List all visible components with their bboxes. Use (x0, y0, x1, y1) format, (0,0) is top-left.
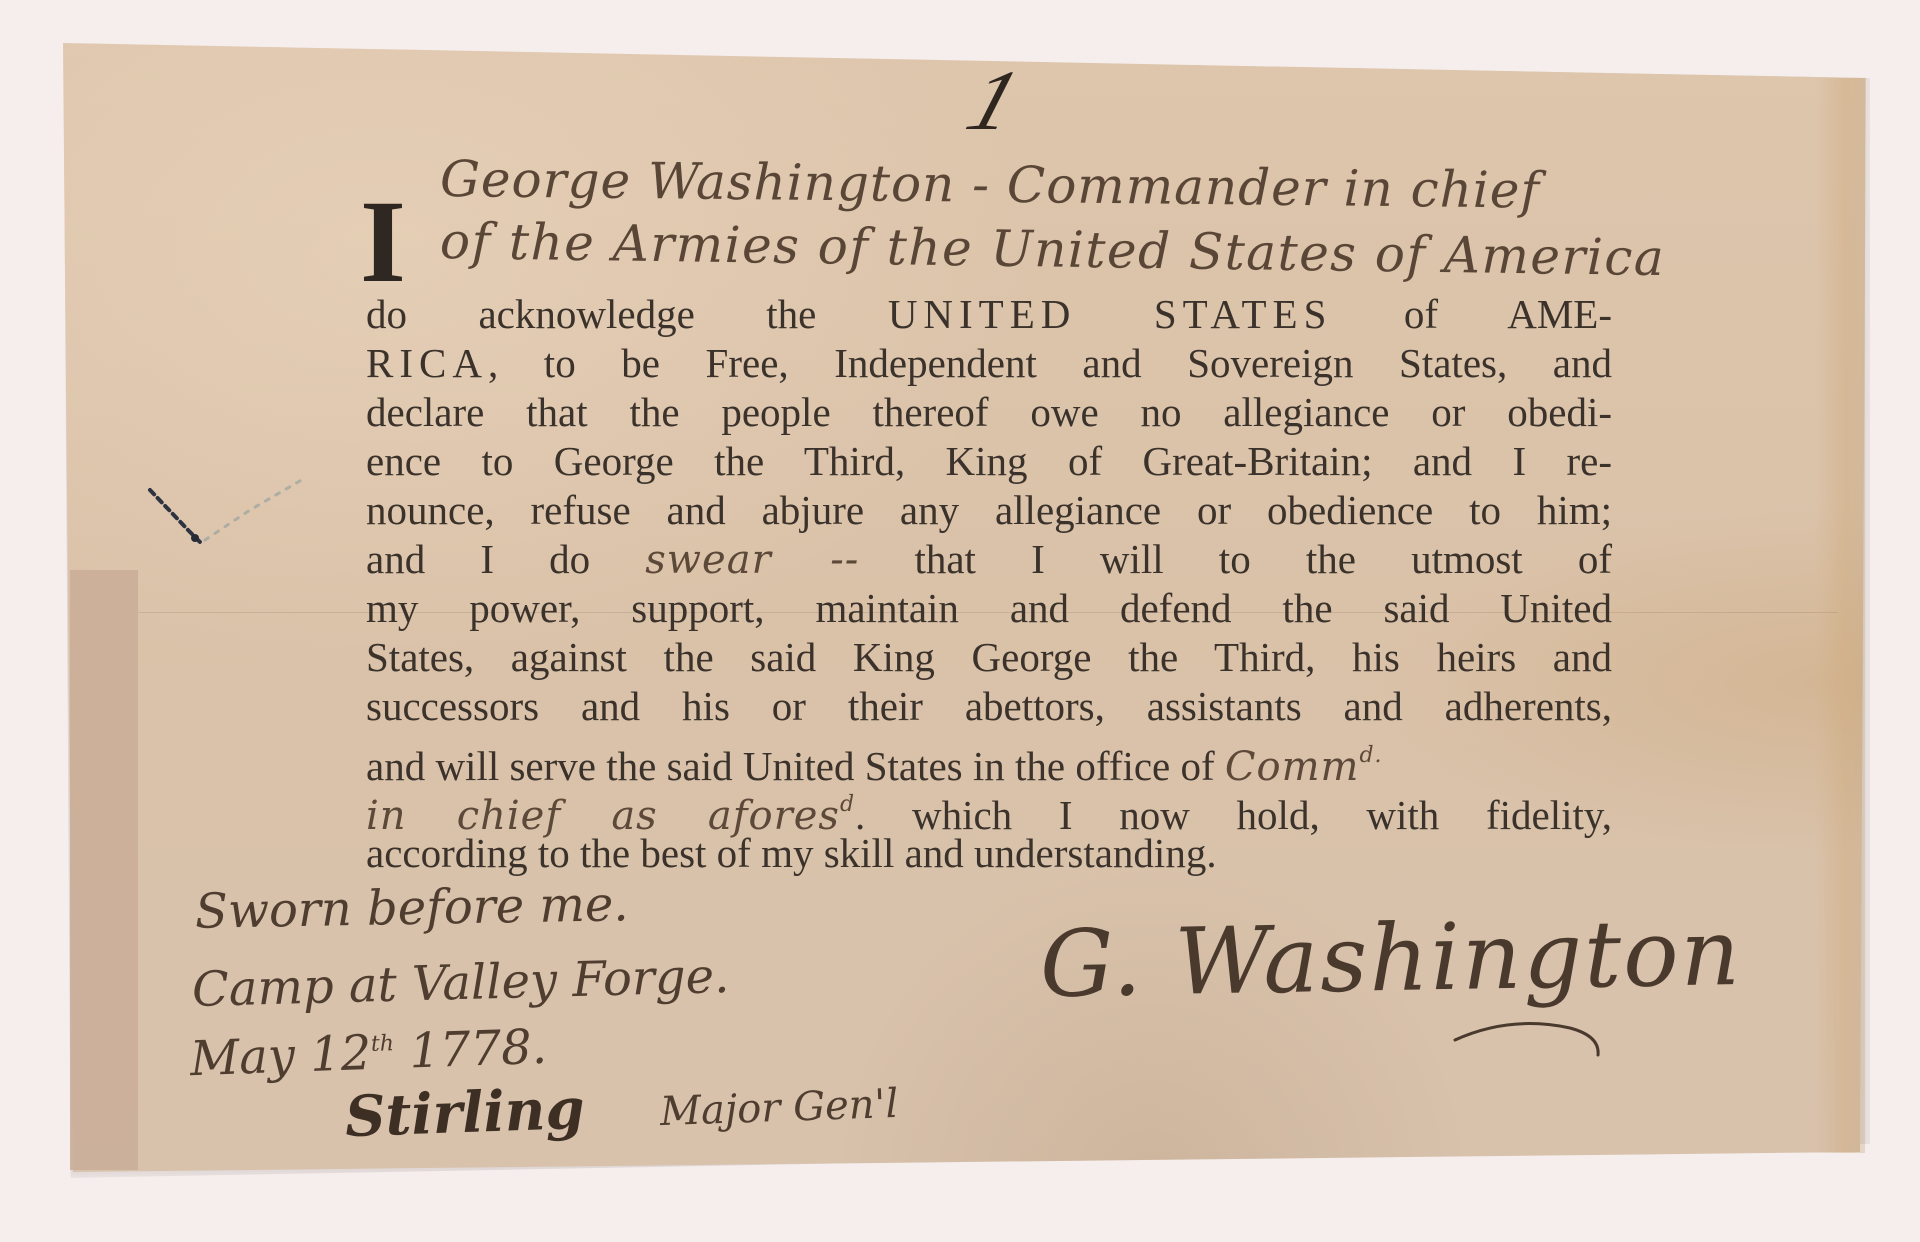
oath-line-8: States, against the said King George the… (366, 633, 1612, 682)
oath-caps-text: RICA (366, 340, 488, 386)
handwritten-name-title: George Washington - Commander in chief (440, 150, 1541, 220)
oath-text: , to be Free, Independent and Sovereign … (488, 340, 1612, 386)
oath-text: do acknowledge the (366, 291, 888, 337)
sworn-before-me: Sworn before me. (195, 876, 629, 940)
oath-line-3: declare that the people thereof owe no a… (366, 388, 1612, 437)
date-suffix: th (370, 1031, 394, 1057)
washington-signature: G. Washington (1039, 899, 1743, 1018)
handwritten-superscript: d. (1359, 743, 1382, 768)
oath-line-2: RICA, to be Free, Independent and Sovere… (366, 339, 1612, 388)
oath-text: of AME- (1332, 291, 1612, 337)
oath-line-11: in chief as aforesd. which I now hold, w… (366, 780, 1612, 829)
ink-v-mark-icon (140, 470, 320, 560)
handwritten-swear: swear -- (645, 537, 859, 583)
witness-title: Major Gen'l (659, 1081, 899, 1135)
date-year: 1778. (393, 1019, 548, 1080)
oath-text: and I do (366, 536, 645, 582)
witness-signature: Stirling (344, 1076, 586, 1150)
oath-line-7: my power, support, maintain and defend t… (366, 584, 1612, 633)
signature-flourish-icon (1450, 1010, 1610, 1060)
oath-line-5: nounce, refuse and abjure any allegiance… (366, 486, 1612, 535)
date-day: May 12 (189, 1025, 372, 1087)
oath-line-1: do acknowledge the UNITED STATES of AME- (366, 290, 1612, 339)
water-stain-edge (1815, 78, 1865, 1153)
oath-line-4: ence to George the Third, King of Great-… (366, 437, 1612, 486)
oath-text: that I will to the utmost of (859, 536, 1612, 582)
oath-caps-text: UNITED STATES (888, 291, 1333, 337)
mounting-tape-strip (70, 570, 138, 1170)
oath-line-6: and I do swear -- that I will to the utm… (366, 535, 1612, 584)
handwritten-superscript: d (840, 792, 855, 817)
drop-cap: I (360, 190, 406, 294)
printed-oath-body: do acknowledge the UNITED STATES of AME-… (366, 290, 1612, 878)
oath-line-10: and will serve the said United States in… (366, 731, 1612, 780)
oath-line-9: successors and his or their abettors, as… (366, 682, 1612, 731)
